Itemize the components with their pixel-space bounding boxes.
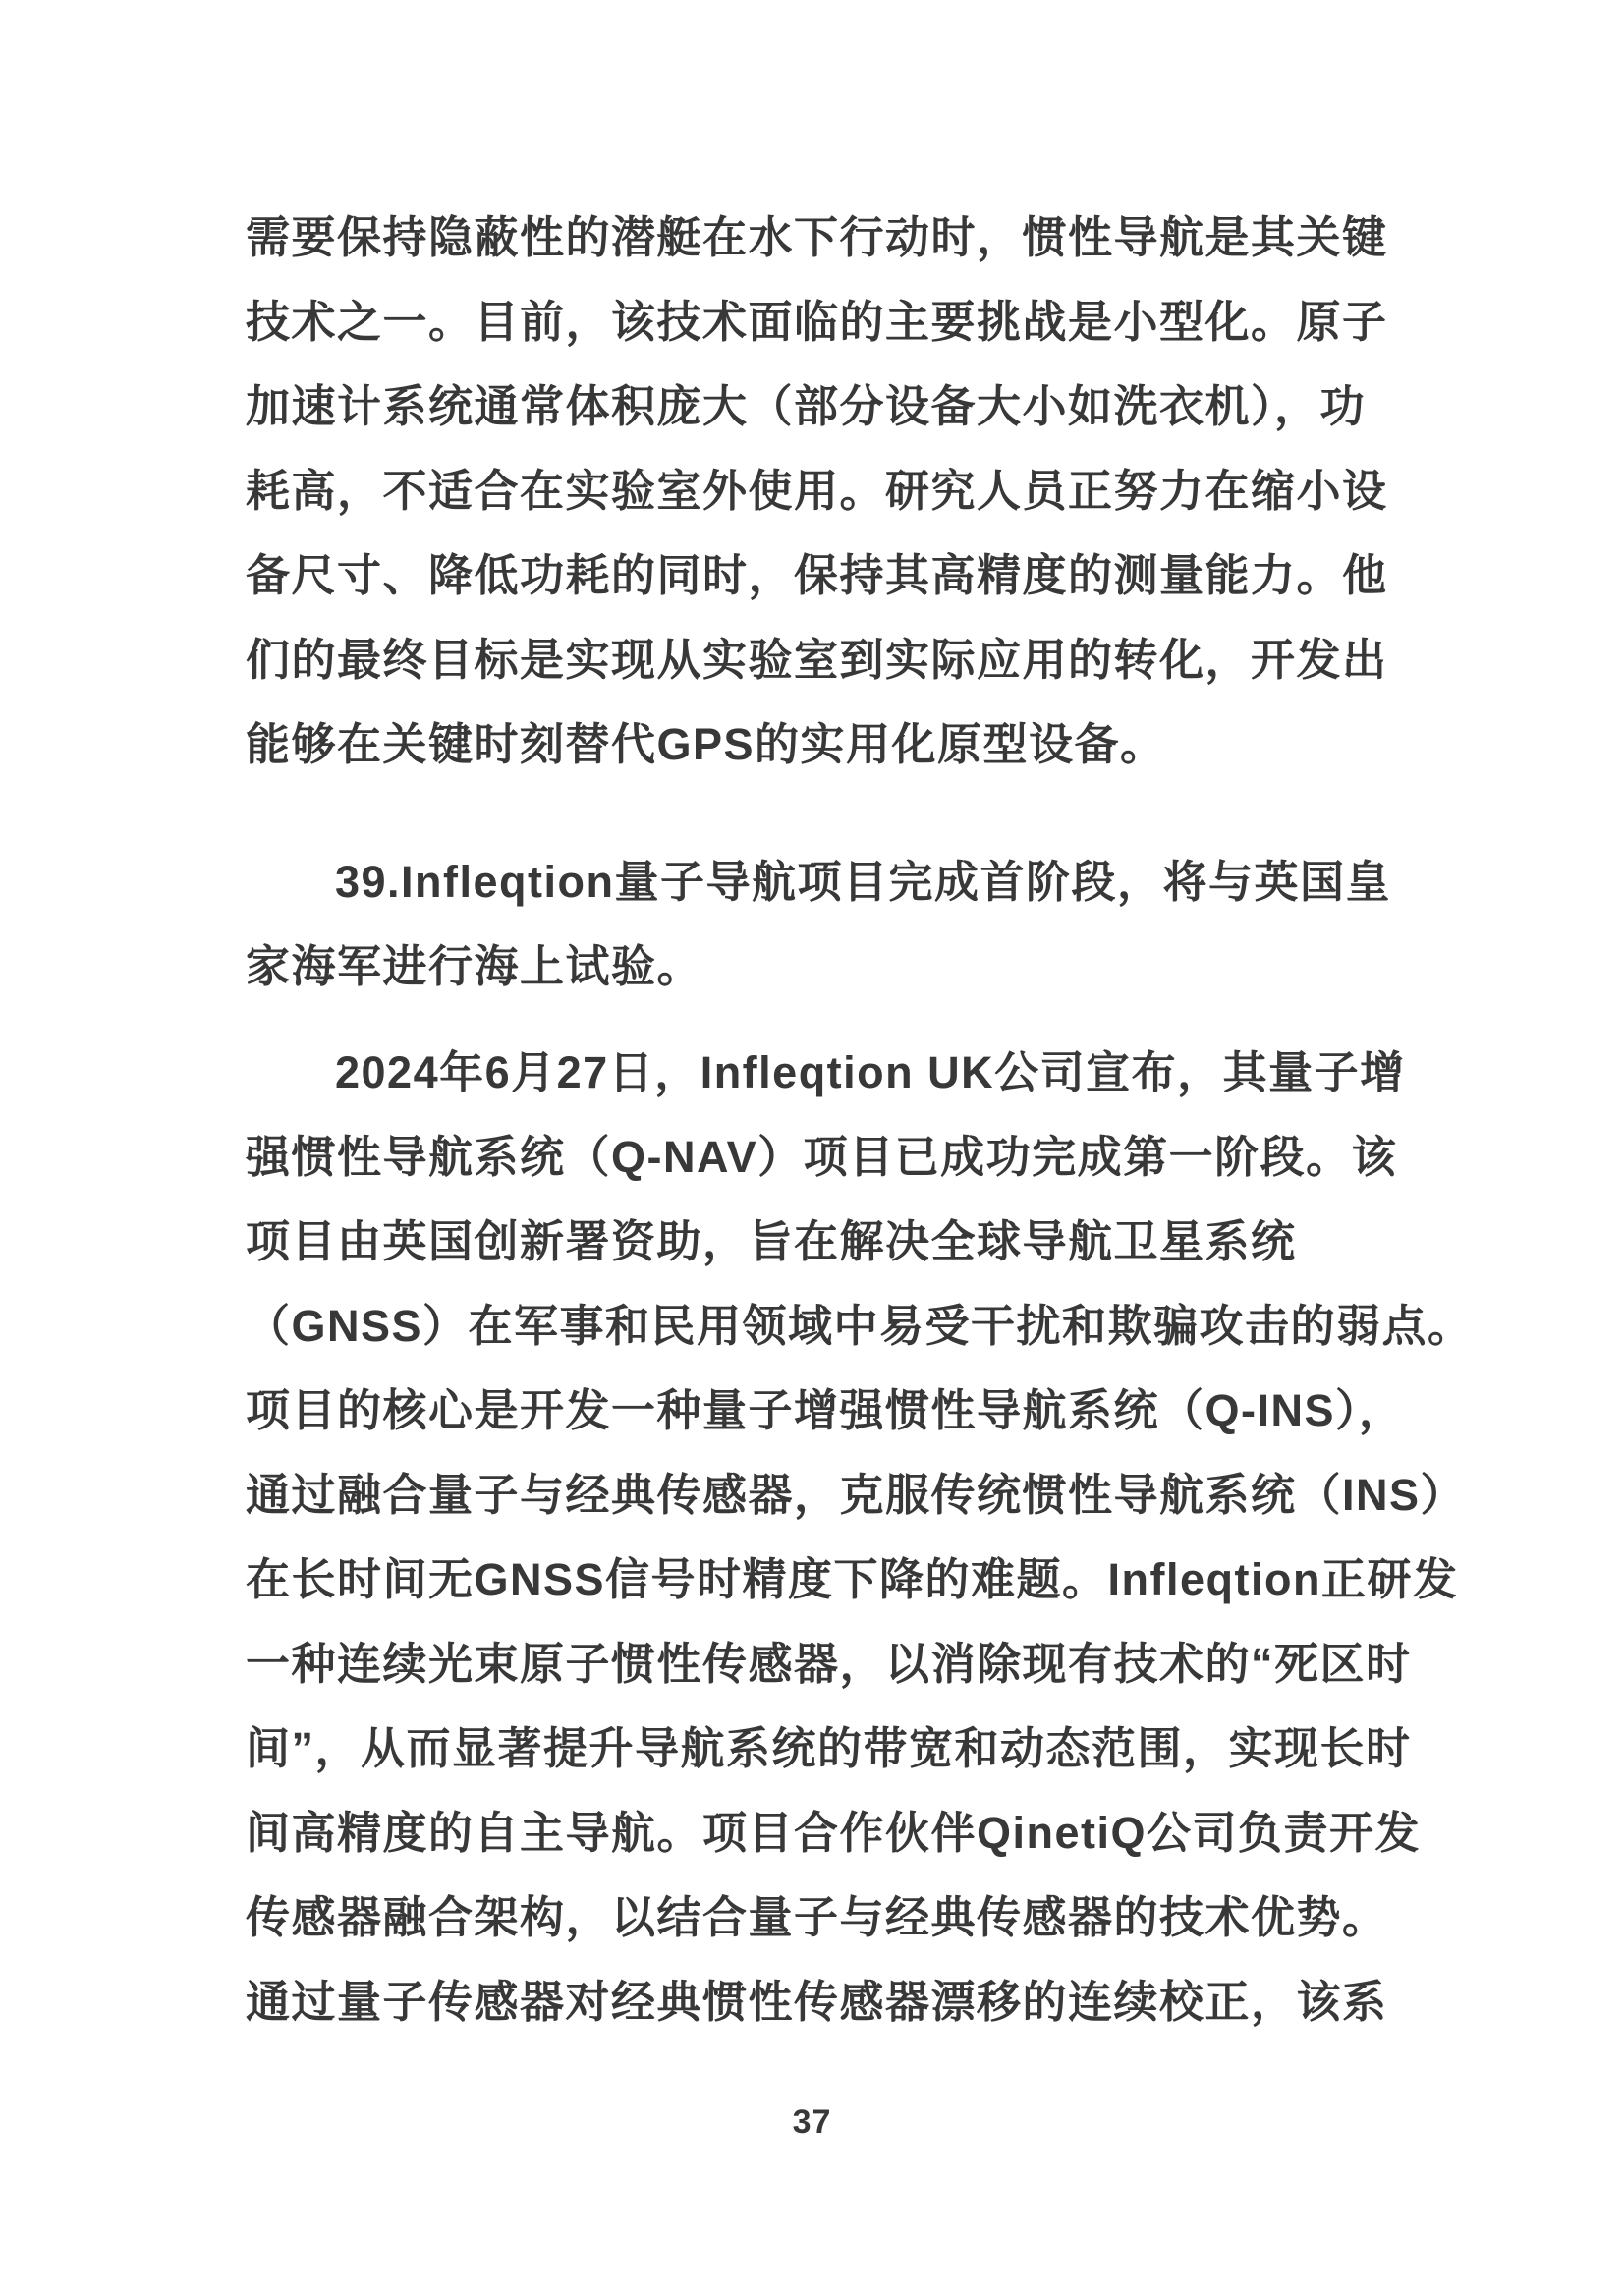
body-line: 一种连续光束原子惯性传感器，以消除现有技术的“死区时 <box>246 1622 1381 1707</box>
body-line: 耗高，不适合在实验室外使用。研究人员正努力在缩小设 <box>246 449 1381 533</box>
body-line: 加速计系统通常体积庞大（部分设备大小如洗衣机），功 <box>246 364 1381 449</box>
heading-line: 家海军进行海上试验。 <box>246 924 1381 1009</box>
body-line: （GNSS）在军事和民用领域中易受干扰和欺骗攻击的弱点。 <box>246 1284 1381 1369</box>
body-line: 备尺寸、降低功耗的同时，保持其高精度的测量能力。他 <box>246 533 1381 618</box>
body-line: 在长时间无GNSS信号时精度下降的难题。Infleqtion正研发 <box>246 1538 1381 1622</box>
section-heading: 39.Infleqtion量子导航项目完成首阶段，将与英国皇 家海军进行海上试验… <box>246 840 1381 1009</box>
body-line: 强惯性导航系统（Q-NAV）项目已成功完成第一阶段。该 <box>246 1115 1381 1200</box>
body-line: 需要保持隐蔽性的潜艇在水下行动时，惯性导航是其关键 <box>246 196 1381 280</box>
page-number: 37 <box>0 2102 1624 2142</box>
paragraph-2: 2024年6月27日，Infleqtion UK公司宣布，其量子增 强惯性导航系… <box>246 1031 1381 2044</box>
body-line: 间”，从而显著提升导航系统的带宽和动态范围，实现长时 <box>246 1707 1381 1791</box>
body-line: 通过融合量子与经典传感器，克服传统惯性导航系统（INS） <box>246 1453 1381 1538</box>
heading-line: 39.Infleqtion量子导航项目完成首阶段，将与英国皇 <box>246 840 1381 924</box>
document-page: 需要保持隐蔽性的潜艇在水下行动时，惯性导航是其关键 技术之一。目前，该技术面临的… <box>0 0 1624 2296</box>
body-line: 技术之一。目前，该技术面临的主要挑战是小型化。原子 <box>246 280 1381 364</box>
body-line: 通过量子传感器对经典惯性传感器漂移的连续校正，该系 <box>246 1960 1381 2044</box>
body-line: 项目由英国创新署资助，旨在解决全球导航卫星系统 <box>246 1200 1381 1284</box>
body-line: 项目的核心是开发一种量子增强惯性导航系统（Q-INS）， <box>246 1369 1381 1453</box>
body-line: 间高精度的自主导航。项目合作伙伴QinetiQ公司负责开发 <box>246 1791 1381 1876</box>
paragraph-1: 需要保持隐蔽性的潜艇在水下行动时，惯性导航是其关键 技术之一。目前，该技术面临的… <box>246 196 1381 787</box>
body-line: 们的最终目标是实现从实验室到实际应用的转化，开发出 <box>246 618 1381 702</box>
body-line: 能够在关键时刻替代GPS的实用化原型设备。 <box>246 702 1381 787</box>
body-line: 2024年6月27日，Infleqtion UK公司宣布，其量子增 <box>246 1031 1381 1115</box>
body-line: 传感器融合架构，以结合量子与经典传感器的技术优势。 <box>246 1876 1381 1960</box>
